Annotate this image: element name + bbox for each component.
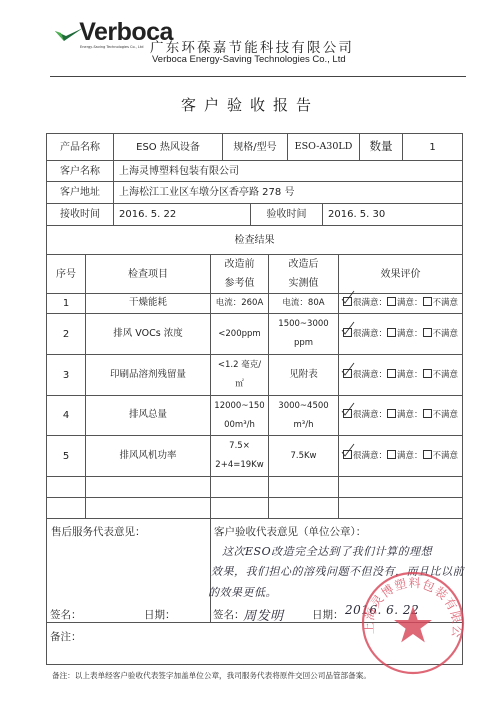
acceptance-time-value: 2016. 5. 30 [323,204,462,225]
row-seq: 1 [47,294,85,313]
customer-sign-label: 签名： [213,607,245,622]
model-value: ESO-A30LD [288,134,359,160]
row-before-line2: 00m³/h [214,416,264,435]
row-before-line1: 7.5× [215,437,263,456]
table-row-empty [47,477,462,497]
row-after: 7.5Kw [269,436,338,476]
checkbox-satisfied[interactable] [387,328,396,337]
checkbox-unsatisfied[interactable] [423,369,432,378]
checkbox-unsatisfied[interactable] [423,409,432,418]
checkbox-satisfied[interactable] [387,450,396,459]
service-rep-opinion-label: 售后服务代表意见： [51,524,146,539]
header-item: 检查项目 [86,255,210,293]
row-before: 电流：260A [211,294,268,313]
model-label: 规格/型号 [223,134,287,160]
checkmark-icon [340,401,356,417]
customer-address-label: 客户地址 [47,182,113,203]
option-unsatisfied: 不满意 [433,298,459,308]
acceptance-time-label: 验收时间 [251,204,322,225]
header-after-line2: 实测值 [289,274,319,293]
row-after: 电流：80A [269,294,338,313]
option-satisfied: 满意： [397,370,423,380]
row-before: 7.5×2+4=19Kw [211,436,268,476]
row-evaluation: 很满意：满意：不满意 [339,355,462,395]
row-item: 干燥能耗 [86,294,210,313]
checkmark-icon [340,361,356,377]
row-divider [46,518,463,519]
option-unsatisfied: 不满意 [433,410,459,420]
row-after: 3000~4500m³/h [269,396,338,435]
option-satisfied: 满意： [397,451,423,461]
row-evaluation: 很满意：满意：不满意 [339,436,462,476]
customer-name-label: 客户名称 [47,161,113,181]
header-after-line1: 改造后 [289,255,319,274]
service-sign-label: 签名： [50,607,82,622]
row-evaluation: 很满意：满意：不满意 [339,314,462,354]
customer-name-value: 上海灵博塑料包装有限公司 [114,161,462,181]
header-evaluation: 效果评价 [339,255,462,293]
option-satisfied: 满意： [397,410,423,420]
option-satisfied: 满意： [397,329,423,339]
received-time-value: 2016. 5. 22 [114,204,250,225]
comment-line: 这次ESO改造完全达到了我们计算的理想 [222,543,432,559]
header-seq: 序号 [47,255,85,293]
row-before-line2: 2+4=19Kw [215,456,263,475]
option-very-satisfied: 很满意： [353,451,387,461]
company-name-cn: 广东环葆嘉节能科技有限公司 [150,36,354,56]
option-unsatisfied: 不满意 [433,370,459,380]
header-before-line1: 改造前 [225,255,255,274]
row-before: <1.2 毫克/㎡ [211,355,268,395]
checkmark-icon [340,289,356,305]
header-divider [50,76,466,77]
customer-signature: 周发明 [243,605,284,624]
row-after: 见附表 [269,355,338,395]
row-seq: 3 [47,355,85,395]
row-before: 12000~15000m³/h [211,396,268,435]
checkmark-icon [340,442,356,458]
header-after: 改造后实测值 [269,255,338,293]
remarks-label: 备注： [50,629,82,644]
row-after-line2: ppm [278,334,328,353]
row-seq: 4 [47,396,85,435]
quantity-value: 1 [403,134,462,160]
checkbox-unsatisfied[interactable] [423,297,432,306]
option-very-satisfied: 很满意： [353,370,387,380]
option-unsatisfied: 不满意 [433,451,459,461]
customer-rep-opinion-label: 客户验收代表意见（单位公章）： [214,524,366,539]
option-very-satisfied: 很满意： [353,298,387,308]
row-evaluation: 很满意：满意：不满意 [339,396,462,435]
option-satisfied: 满意： [397,298,423,308]
product-name-label: 产品名称 [47,134,113,160]
row-item: 排风风机功率 [86,436,210,476]
inspection-section-title: 检查结果 [47,226,462,254]
customer-address-value: 上海松江工业区车墩分区香亭路 278 号 [114,182,462,203]
option-unsatisfied: 不满意 [433,329,459,339]
row-after-line2: m³/h [278,416,328,435]
row-after: 1500~3000ppm [269,314,338,354]
logo-tagline: Energy-Saving Technologies Co., Ltd [80,45,143,49]
row-item: 印刷品溶剂残留量 [86,355,210,395]
row-evaluation: 很满意：满意：不满意 [339,294,462,313]
company-seal-stamp: 上海灵博塑料包装有限公司 [358,568,468,678]
checkbox-satisfied[interactable] [387,369,396,378]
checkbox-unsatisfied[interactable] [423,328,432,337]
row-after-line1: 3000~4500 [278,397,328,416]
customer-date-label: 日期： [312,607,344,622]
table-row-empty [47,498,462,518]
row-before-line2: ㎡ [218,375,261,394]
checkbox-unsatisfied[interactable] [423,450,432,459]
document-title: 客户验收报告 [0,94,500,115]
checkbox-satisfied[interactable] [387,297,396,306]
footer-note: 备注：以上表单经客户验收代表签字加盖单位公章，我司服务代表将原件交回公司品管部备… [52,670,371,681]
header-before: 改造前参考值 [211,255,268,293]
row-before: <200ppm [211,314,268,354]
quantity-label: 数量 [360,134,402,160]
product-name-value: ESO 热风设备 [114,134,222,160]
option-very-satisfied: 很满意： [353,410,387,420]
company-name-en: Verboca Energy-Saving Technologies Co., … [152,54,346,65]
checkbox-satisfied[interactable] [387,409,396,418]
header-before-line2: 参考值 [225,274,255,293]
row-item: 排风 VOCs 浓度 [86,314,210,354]
row-seq: 5 [47,436,85,476]
row-after-line1: 1500~3000 [278,315,328,334]
checkmark-icon [340,320,356,336]
received-time-label: 接收时间 [47,204,113,225]
row-item: 排风总量 [86,396,210,435]
row-before-line1: 12000~150 [214,397,264,416]
row-seq: 2 [47,314,85,354]
row-before-line1: <1.2 毫克/ [218,356,261,375]
comment-line: 的效果更低。 [208,584,277,600]
service-date-label: 日期： [144,607,176,622]
option-very-satisfied: 很满意： [353,329,387,339]
